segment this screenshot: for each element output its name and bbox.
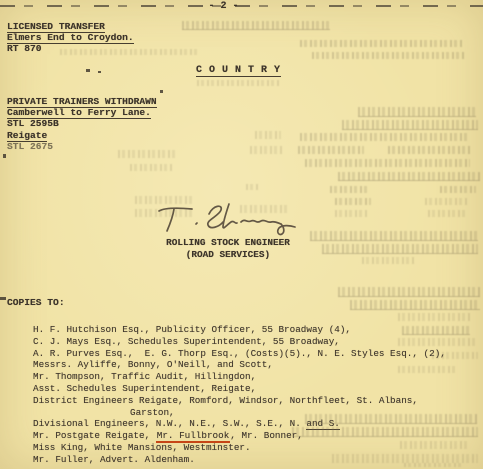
bleed-through-smudge [428,210,468,217]
bleed-through-smudge [330,186,368,193]
bleed-through-smudge [197,80,279,86]
recipient-line: Asst. Schedules Superintendent, Reigate, [33,383,446,395]
ink-speck [86,69,90,72]
bleed-through-smudge [310,231,478,241]
copies-to-heading: COPIES TO: [7,297,65,308]
recipient-line: H. F. Hutchison Esq., Publicity Officer,… [33,324,446,336]
recipient-line-continuation: Garston, [33,407,446,419]
country-heading: C O U N T R Y [196,65,281,77]
bleed-through-smudge [322,244,478,254]
bleed-through-smudge [335,198,371,205]
private-trainers-vehicle-2: STL 2675 [7,141,157,152]
recipient-line: Mr. Thompson, Traffic Audit, Hillingdon, [33,371,446,383]
bleed-through-smudge [300,40,462,47]
bleed-through-smudge [246,184,260,190]
ink-speck [0,297,6,300]
bleed-through-smudge [335,210,369,217]
recipient-line: Messrs. Ayliffe, Bonny, O'Neill, and Sco… [33,359,446,371]
ink-speck [98,71,101,73]
ink-speck [3,154,6,158]
ink-speck [160,90,163,93]
bleed-through-smudge [440,186,476,193]
bleed-through-smudge [300,133,468,141]
recipient-line: C. J. Mays Esq., Schedules Superintenden… [33,336,446,348]
signature-block: ROLLING STOCK ENGINEER (ROAD SERVICES) [152,237,304,260]
underlined-text: and S. [306,418,339,430]
bleed-through-smudge [182,21,330,30]
recipient-line: Mr. Postgate Reigate, Mr. Fullbrook, Mr.… [33,430,446,442]
copies-recipient-list: H. F. Hutchison Esq., Publicity Officer,… [33,324,446,466]
private-trainers-vehicle-1: STL 2595B [7,118,157,129]
bleed-through-smudge [398,313,470,321]
bleed-through-smudge [358,107,476,117]
bleed-through-smudge [362,257,414,264]
licensed-transfer-section: LICENSED TRANSFER Elmers End to Croydon.… [7,21,134,55]
handwritten-signature [153,197,303,239]
licensed-transfer-heading: LICENSED TRANSFER [7,21,134,32]
bleed-through-smudge [425,198,469,205]
bleed-through-smudge [350,300,480,310]
recipient-line: District Engineers Reigate, Romford, Win… [33,395,446,407]
private-trainers-section: PRIVATE TRAINERS WITHDRAWN Camberwell to… [7,96,157,152]
recipient-line: A. R. Purves Esq., E. G. Thorp Esq., (Co… [33,348,446,360]
bleed-through-smudge [338,287,480,297]
bleed-through-smudge [130,164,172,171]
memo-page: - 2 - LICENSED TRANSFER Elmers End to Cr… [0,0,483,469]
bleed-through-smudge [312,52,464,59]
private-trainers-location: Reigate [7,130,157,141]
bleed-through-smudge [342,120,478,130]
bleed-through-smudge [250,146,282,154]
private-trainers-heading: PRIVATE TRAINERS WITHDRAWN [7,96,157,107]
licensed-transfer-vehicle: RT 870 [7,43,134,54]
bleed-through-smudge [298,146,364,154]
bleed-through-smudge [255,131,281,139]
recipient-line: Divisional Engineers, N.W., N.E., S.W., … [33,418,446,430]
bleed-through-smudge [305,159,470,167]
signatory-title-1: ROLLING STOCK ENGINEER [152,237,304,249]
recipient-line: Mr. Fuller, Advert. Aldenham. [33,454,446,466]
signatory-title-2: (ROAD SERVICES) [152,249,304,261]
page-number: - 2 - [0,0,447,13]
recipient-line: Miss King, White Mansions, Westminster. [33,442,446,454]
licensed-transfer-route: Elmers End to Croydon. [7,32,134,43]
bleed-through-smudge [338,172,480,181]
private-trainers-route: Camberwell to Ferry Lane. [7,107,157,118]
bleed-through-smudge [388,146,472,154]
